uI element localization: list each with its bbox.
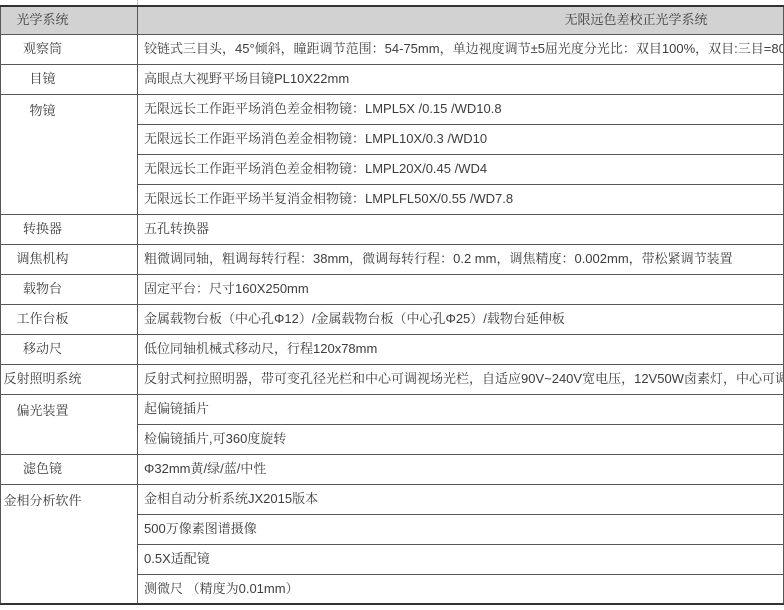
- category-stage: 载物台: [1, 274, 138, 304]
- table-row: 移动尺 低位同轴机械式移动尺，行程120x78mm: [1, 334, 784, 364]
- category-objective: 物镜: [1, 94, 138, 214]
- category-focusing-mechanism: 调焦机构: [1, 244, 138, 274]
- table-row: 观察筒 铰链式三目头，45°倾斜，瞳距调节范围：54-75mm，单边视度调节±5…: [1, 34, 784, 64]
- spec-value: 金属载物台板（中心孔Φ12）/金属载物台板（中心孔Φ25）/载物台延伸板: [138, 304, 784, 334]
- table-row: 工作台板 金属载物台板（中心孔Φ12）/金属载物台板（中心孔Φ25）/载物台延伸…: [1, 304, 784, 334]
- spec-value: 固定平台：尺寸160X250mm: [138, 274, 784, 304]
- spec-value: 无限远长工作距平场半复消金相物镜：LMPLFL50X/0.55 /WD7.8: [138, 184, 784, 214]
- category-eyepiece: 目镜: [1, 64, 138, 94]
- table-row: 目镜 高眼点大视野平场目镜PL10X22mm: [1, 64, 784, 94]
- table-row: 偏光装置 起偏镜插片: [1, 394, 784, 424]
- category-nosepiece: 转换器: [1, 214, 138, 244]
- spec-value: 五孔转换器: [138, 214, 784, 244]
- spec-page: 光学系统 无限远色差校正光学系统 观察筒 铰链式三目头，45°倾斜，瞳距调节范围…: [0, 0, 784, 610]
- spec-value: 无限远长工作距平场消色差金相物镜：LMPL10X/0.3 /WD10: [138, 124, 784, 154]
- category-reflected-illumination: 反射照明系统: [1, 364, 138, 394]
- spec-value: 低位同轴机械式移动尺，行程120x78mm: [138, 334, 784, 364]
- category-mechanical-ruler: 移动尺: [1, 334, 138, 364]
- spec-value: Φ32mm黄/绿/蓝/中性: [138, 454, 784, 484]
- spec-value: 无限远长工作距平场消色差金相物镜：LMPL20X/0.45 /WD4: [138, 154, 784, 184]
- category-stage-plate: 工作台板: [1, 304, 138, 334]
- table-row: 金相分析软件 金相自动分析系统JX2015版本: [1, 484, 784, 514]
- category-filter: 滤色镜: [1, 454, 138, 484]
- header-value-cell: 无限远色差校正光学系统: [138, 6, 784, 34]
- spec-value: 反射式柯拉照明器，带可变孔径光栏和中心可调视场光栏，自适应90V~240V宽电压…: [138, 364, 784, 394]
- spec-value: 测微尺 （精度为0.01mm）: [138, 574, 784, 604]
- table-row: 调焦机构 粗微调同轴，粗调每转行程：38mm，微调每转行程：0.2 mm，调焦精…: [1, 244, 784, 274]
- spec-value: 检偏镜插片,可360度旋转: [138, 424, 784, 454]
- table-row: 载物台 固定平台：尺寸160X250mm: [1, 274, 784, 304]
- category-analysis-software: 金相分析软件: [1, 484, 138, 604]
- table-row: 滤色镜 Φ32mm黄/绿/蓝/中性: [1, 454, 784, 484]
- spec-value: 铰链式三目头，45°倾斜，瞳距调节范围：54-75mm，单边视度调节±5屈光度分…: [138, 34, 784, 64]
- table-row: 反射照明系统 反射式柯拉照明器，带可变孔径光栏和中心可调视场光栏，自适应90V~…: [1, 364, 784, 394]
- spec-value: 金相自动分析系统JX2015版本: [138, 484, 784, 514]
- header-category-cell: 光学系统: [1, 6, 138, 34]
- category-polarizing-device: 偏光装置: [1, 394, 138, 454]
- spec-table: 光学系统 无限远色差校正光学系统 观察筒 铰链式三目头，45°倾斜，瞳距调节范围…: [0, 5, 784, 605]
- spec-value: 无限远长工作距平场消色差金相物镜：LMPL5X /0.15 /WD10.8: [138, 94, 784, 124]
- header-row: 光学系统 无限远色差校正光学系统: [1, 6, 784, 34]
- spec-value: 高眼点大视野平场目镜PL10X22mm: [138, 64, 784, 94]
- table-row: 转换器 五孔转换器: [1, 214, 784, 244]
- table-row: 物镜 无限远长工作距平场消色差金相物镜：LMPL5X /0.15 /WD10.8: [1, 94, 784, 124]
- spec-value: 起偏镜插片: [138, 394, 784, 424]
- spec-value: 500万像素图谱摄像: [138, 514, 784, 544]
- spec-value: 0.5X适配镜: [138, 544, 784, 574]
- category-observation-tube: 观察筒: [1, 34, 138, 64]
- spec-value: 粗微调同轴，粗调每转行程：38mm，微调每转行程：0.2 mm，调焦精度：0.0…: [138, 244, 784, 274]
